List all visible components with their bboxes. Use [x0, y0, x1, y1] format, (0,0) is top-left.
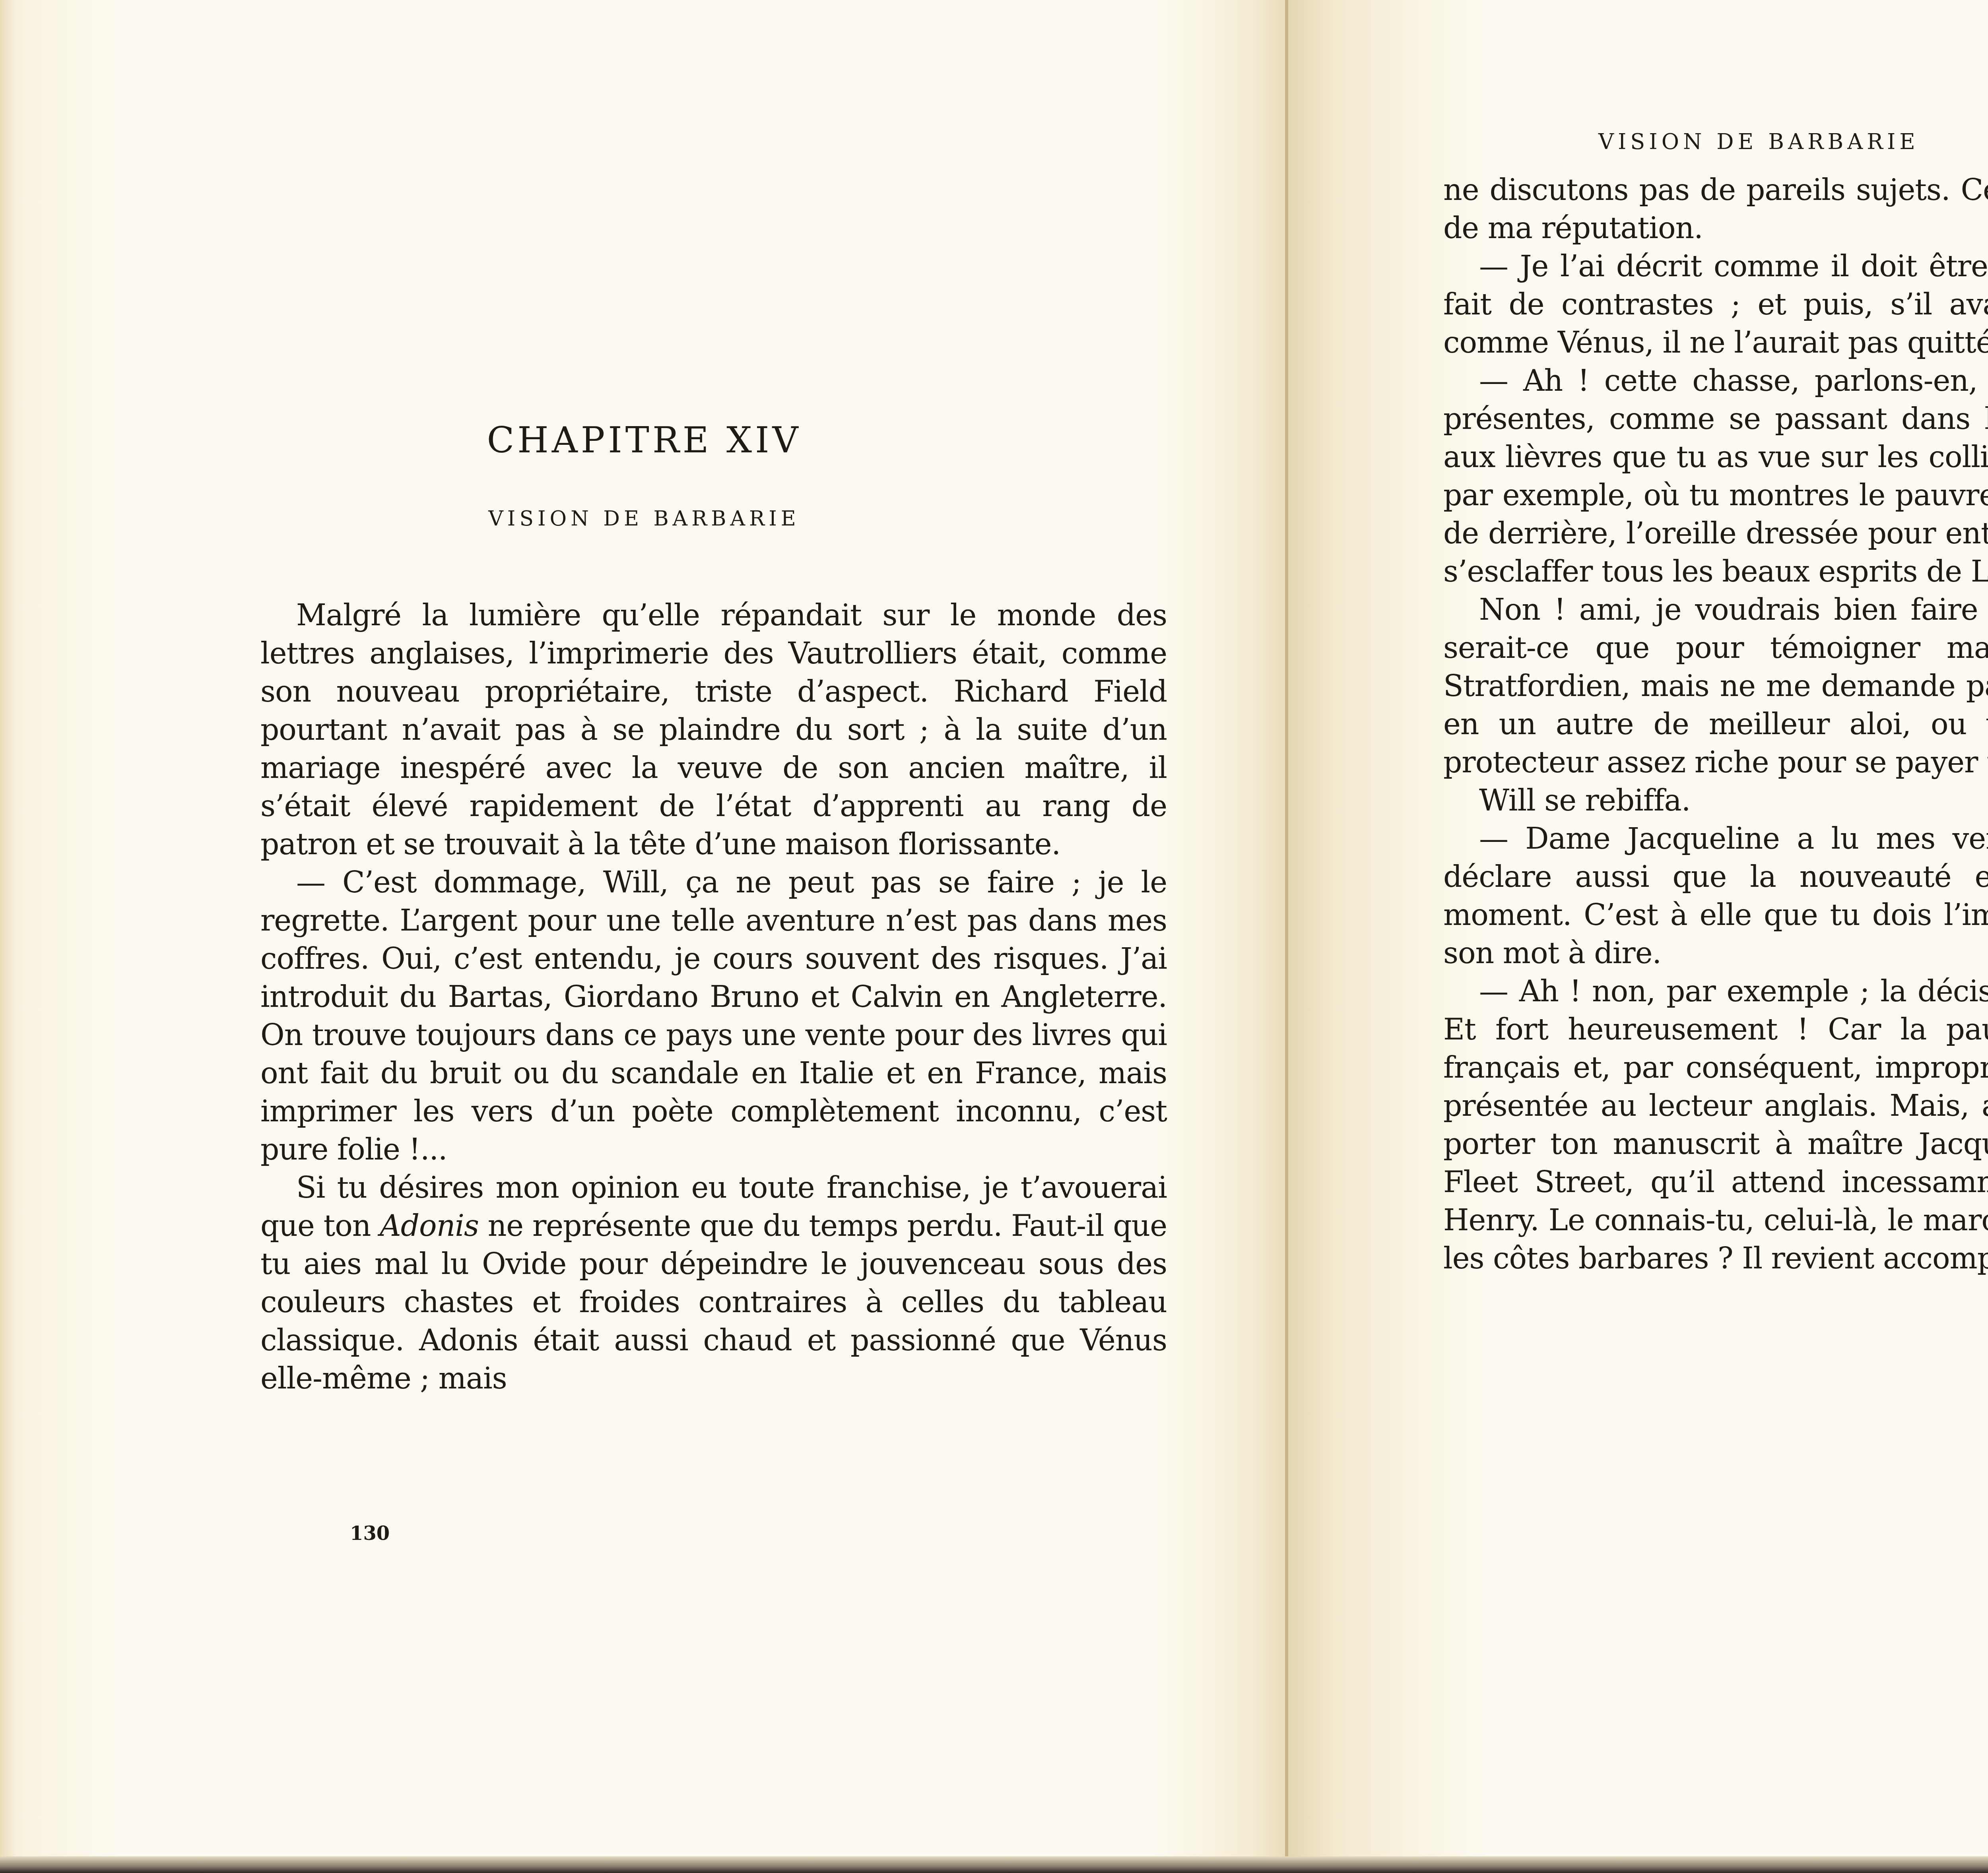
book-spread: CHAPITRE XIV VISION DE BARBARIE Malgré l… [0, 0, 1988, 1873]
right-page: VISION DE BARBARIE 131 ne discutons pas … [1288, 0, 1988, 1873]
running-head: VISION DE BARBARIE [1598, 129, 1919, 154]
left-page: CHAPITRE XIV VISION DE BARBARIE Malgré l… [0, 0, 1288, 1873]
page-number: 130 [350, 1522, 390, 1545]
italic-title: Adonis [380, 1209, 479, 1243]
paragraph: ne discutons pas de pareils sujets. Cela… [1443, 171, 1988, 247]
paragraph: Si tu désires mon opinion eu toute franc… [260, 1169, 1167, 1398]
paragraph: Malgré la lumière qu’elle répandait sur … [260, 596, 1167, 863]
paragraph: — C’est dommage, Will, ça ne peut pas se… [260, 863, 1167, 1169]
page-bottom-edge [0, 1856, 1988, 1873]
paragraph: Will se rebiffa. [1443, 781, 1988, 820]
paragraph: — Je l’ai décrit comme il doit être : je… [1443, 247, 1988, 362]
right-page-body: ne discutons pas de pareils sujets. Cela… [1443, 171, 1988, 1278]
paragraph: — Ah ! cette chasse, parlons-en, mon pau… [1443, 362, 1988, 591]
left-page-body: Malgré la lumière qu’elle répandait sur … [260, 596, 1167, 1398]
chapter-subtitle: VISION DE BARBARIE [0, 507, 1288, 531]
chapter-title: CHAPITRE XIV [0, 419, 1288, 461]
paragraph: — Ah ! non, par exemple ; la décision fi… [1443, 972, 1988, 1278]
paragraph: Non ! ami, je voudrais bien faire quelqu… [1443, 591, 1988, 781]
paragraph: — Dame Jacqueline a lu mes vers et les t… [1443, 820, 1988, 972]
